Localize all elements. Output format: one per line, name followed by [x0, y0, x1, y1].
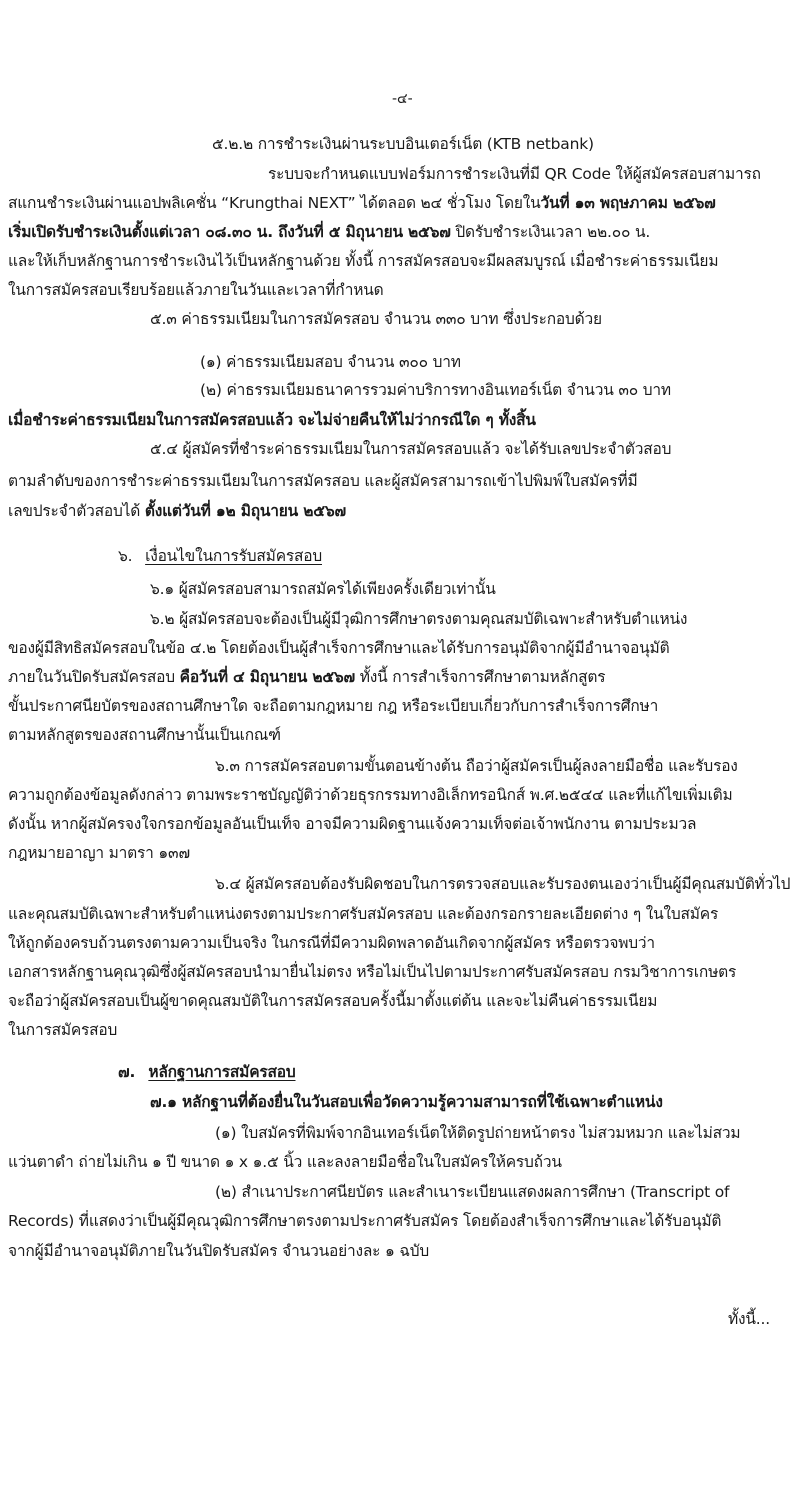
evidence-item-2-line-1: (๒) สำเนาประกาศนียบัตร และสำเนาระเบียนแส…	[215, 1181, 729, 1203]
section-6-2-line-2: ของผู้มีสิทธิสมัครสอบในข้อ ๔.๒ โดยต้องเป…	[8, 637, 669, 659]
section-6-2-line-3: ภายในวันปิดรับสมัครสอบ คือวันที่ ๔ มิถุน…	[8, 666, 605, 688]
evidence-item-2-line-2: Records) ที่แสดงว่าเป็นผู้มีคุณวุฒิการศึ…	[8, 1210, 721, 1232]
section-5-4-line-1: ๕.๔ ผู้สมัครที่ชำระค่าธรรมเนียมในการสมัค…	[150, 438, 671, 460]
fee-item-1: (๑) ค่าธรรมเนียมสอบ จำนวน ๓๐๐ บาท	[200, 351, 461, 373]
section-5-4-line-2: ตามลำดับของการชำระค่าธรรมเนียมในการสมัคร…	[8, 470, 638, 492]
fee-item-2: (๒) ค่าธรรมเนียมธนาคารรวมค่าบริการทางอิน…	[200, 379, 671, 401]
section-6-3-line-2: ความถูกต้องข้อมูลดังกล่าว ตามพระราชบัญญั…	[8, 784, 733, 806]
evidence-item-1-line-2: แว่นตาดำ ถ่ายไม่เกิน ๑ ปี ขนาด ๑ x ๑.๕ น…	[8, 1151, 562, 1173]
non-refundable-note: เมื่อชำระค่าธรรมเนียมในการสมัครสอบแล้ว จ…	[8, 409, 536, 431]
section-7-title: หลักฐานการสมัครสอบ	[148, 1063, 295, 1081]
section-5-2-2-line-5: ในการสมัครสอบเรียบร้อยแล้วภายในวันและเวล…	[8, 279, 383, 301]
section-5-3-heading: ๕.๓ ค่าธรรมเนียมในการสมัครสอบ จำนวน ๓๓๐ …	[150, 308, 602, 330]
section-6-title: เงื่อนไขในการรับสมัครสอบ	[145, 547, 322, 565]
section-6-4-line-4: เอกสารหลักฐานคุณวุฒิซึ่งผู้สมัครสอบนำมาย…	[8, 961, 736, 983]
section-6-3-line-3: ดังนั้น หากผู้สมัครจงใจกรอกข้อมูลอันเป็น…	[8, 813, 696, 835]
payment-open-date: วันที่ ๑๓ พฤษภาคม ๒๕๖๗	[541, 194, 716, 212]
section-5-2-2-line-3: เริ่มเปิดรับชำระเงินตั้งแต่เวลา ๐๘.๓๐ น.…	[8, 221, 650, 243]
evidence-item-1-line-1: (๑) ใบสมัครที่พิมพ์จากอินเทอร์เน็ตให้ติด…	[215, 1122, 740, 1144]
payment-period: เริ่มเปิดรับชำระเงินตั้งแต่เวลา ๐๘.๓๐ น.…	[8, 223, 451, 241]
section-6-2-line-3-text: ภายในวันปิดรับสมัครสอบ	[8, 668, 180, 686]
section-6-4-line-1: ๖.๔ ผู้สมัครสอบต้องรับผิดชอบในการตรวจสอบ…	[215, 873, 790, 895]
section-6-4-line-2: และคุณสมบัติเฉพาะสำหรับตำแหน่งตรงตามประก…	[8, 903, 718, 925]
section-6-3-line-1: ๖.๓ การสมัครสอบตามขั้นตอนข้างต้น ถือว่าผ…	[215, 755, 738, 777]
section-5-2-2-line-2-text: สแกนชำระเงินผ่านแอปพลิเคชั่น “Krungthai …	[8, 194, 541, 212]
closing-date: คือวันที่ ๔ มิถุนายน ๒๕๖๗	[180, 668, 355, 686]
section-5-4-line-3: เลขประจำตัวสอบได้ ตั้งแต่วันที่ ๑๒ มิถุน…	[8, 500, 346, 522]
continuation-marker: ทั้งนี้...	[728, 1308, 770, 1330]
section-6-4-line-5: จะถือว่าผู้สมัครสอบเป็นผู้ขาดคุณสมบัติใน…	[8, 990, 657, 1012]
section-6-number: ๖.	[118, 547, 132, 565]
payment-close-time: ปิดรับชำระเงินเวลา ๒๒.๐๐ น.	[451, 223, 650, 241]
section-6-2-line-5: ตามหลักสูตรของสถานศึกษานั้นเป็นเกณฑ์	[8, 724, 281, 746]
section-7-1: ๗.๑ หลักฐานที่ต้องยื่นในวันสอบเพื่อวัดคว…	[150, 1091, 663, 1113]
document-page: -๔- ๕.๒.๒ การชำระเงินผ่านระบบอินเตอร์เน็…	[0, 0, 800, 1494]
section-7-heading: ๗. หลักฐานการสมัครสอบ	[118, 1061, 296, 1083]
section-5-2-2-line-4: และให้เก็บหลักฐานการชำระเงินไว้เป็นหลักฐ…	[8, 250, 718, 272]
section-6-4-line-3: ให้ถูกต้องครบถ้วนตรงตามความเป็นจริง ในกร…	[8, 932, 655, 954]
section-6-2-line-4: ขั้นประกาศนียบัตรของสถานศึกษาใด จะถือตาม…	[8, 695, 658, 717]
section-6-2-line-1: ๖.๒ ผู้สมัครสอบจะต้องเป็นผู้มีวุฒิการศึก…	[150, 608, 792, 630]
section-5-4-line-3-text: เลขประจำตัวสอบได้	[8, 502, 145, 520]
page-number: -๔-	[392, 88, 413, 110]
section-7-number: ๗.	[118, 1063, 135, 1081]
section-6-1: ๖.๑ ผู้สมัครสอบสามารถสมัครได้เพียงครั้งเ…	[150, 578, 496, 600]
section-6-heading: ๖. เงื่อนไขในการรับสมัครสอบ	[118, 545, 322, 567]
section-6-3-line-4: กฎหมายอาญา มาตรา ๑๓๗	[8, 842, 190, 864]
section-5-2-2-line-1: ระบบจะกำหนดแบบฟอร์มการชำระเงินที่มี QR C…	[268, 163, 792, 185]
section-6-2-line-3-tail: ทั้งนี้ การสำเร็จการศึกษาตามหลักสูตร	[355, 668, 605, 686]
evidence-item-2-line-3: จากผู้มีอำนาจอนุมัติภายในวันปิดรับสมัคร …	[8, 1240, 429, 1262]
section-5-2-2-line-2: สแกนชำระเงินผ่านแอปพลิเคชั่น “Krungthai …	[8, 192, 716, 214]
section-5-2-2-heading: ๕.๒.๒ การชำระเงินผ่านระบบอินเตอร์เน็ต (K…	[212, 133, 594, 155]
section-6-4-line-6: ในการสมัครสอบ	[8, 1019, 117, 1041]
print-application-date: ตั้งแต่วันที่ ๑๒ มิถุนายน ๒๕๖๗	[145, 502, 346, 520]
